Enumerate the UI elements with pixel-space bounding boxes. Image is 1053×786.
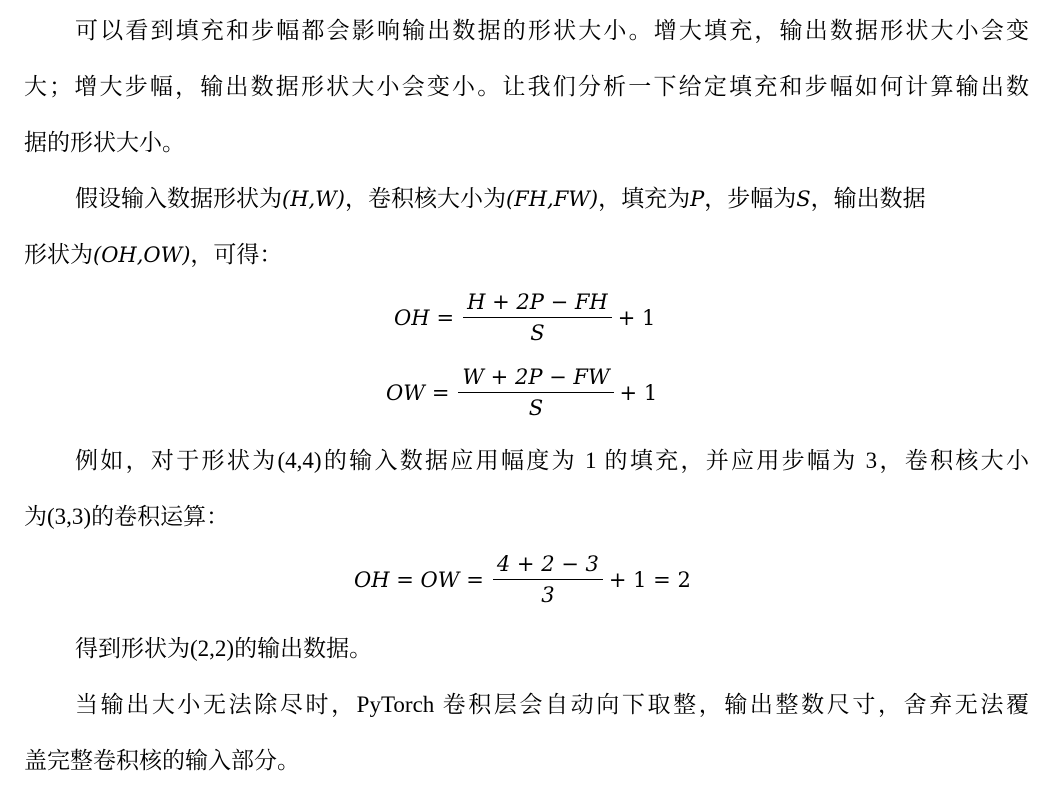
equation-example: OH = OW = 4 + 2 − 3 3 + 1 = 2 bbox=[354, 552, 691, 607]
math-padding: P bbox=[690, 187, 704, 211]
text: ，卷积核大小为 bbox=[345, 186, 506, 211]
fraction: H + 2P − FH S bbox=[463, 290, 612, 345]
paragraph-line: 据的形状大小。 bbox=[24, 128, 1029, 158]
paragraph-line: 假设输入数据形状为(H,W)，卷积核大小为(FH,FW)，填充为P，步幅为S，输… bbox=[75, 184, 1029, 214]
paragraph-line: 当输出大小无法除尽时，PyTorch 卷积层会自动向下取整，输出整数尺寸，舍弃无… bbox=[75, 690, 1029, 720]
paragraph-line: 得到形状为(2,2)的输出数据。 bbox=[75, 634, 1029, 664]
math-stride: S bbox=[796, 187, 810, 211]
paragraph-line: 为(3,3)的卷积运算： bbox=[24, 502, 1029, 532]
text: ，可得： bbox=[190, 242, 282, 267]
text: 假设输入数据形状为 bbox=[75, 186, 282, 211]
text: ，步幅为 bbox=[704, 186, 796, 211]
paragraph-line: 大；增大步幅，输出数据形状大小会变小。让我们分析一下给定填充和步幅如何计算输出数 bbox=[24, 72, 1029, 102]
math-kernel-size: (FH,FW) bbox=[506, 187, 598, 211]
paragraph-line: 形状为(OH,OW)，可得： bbox=[24, 240, 1029, 270]
paragraph-line: 可以看到填充和步幅都会影响输出数据的形状大小。增大填充，输出数据形状大小会变 bbox=[75, 16, 1029, 46]
fraction: 4 + 2 − 3 3 bbox=[493, 552, 603, 607]
equation-ow: OW = W + 2P − FW S + 1 bbox=[386, 365, 657, 420]
math-input-shape: (H,W) bbox=[282, 187, 345, 211]
paragraph-line: 例如，对于形状为(4,4)的输入数据应用幅度为 1 的填充，并应用步幅为 3，卷… bbox=[75, 446, 1029, 476]
paragraph-line: 盖完整卷积核的输入部分。 bbox=[24, 746, 1029, 776]
text: ，填充为 bbox=[598, 186, 690, 211]
fraction: W + 2P − FW S bbox=[458, 365, 613, 420]
math-output-shape: (OH,OW) bbox=[93, 243, 190, 267]
text: 形状为 bbox=[24, 242, 93, 267]
text: ，输出数据 bbox=[811, 186, 926, 211]
equation-oh: OH = H + 2P − FH S + 1 bbox=[394, 290, 655, 345]
